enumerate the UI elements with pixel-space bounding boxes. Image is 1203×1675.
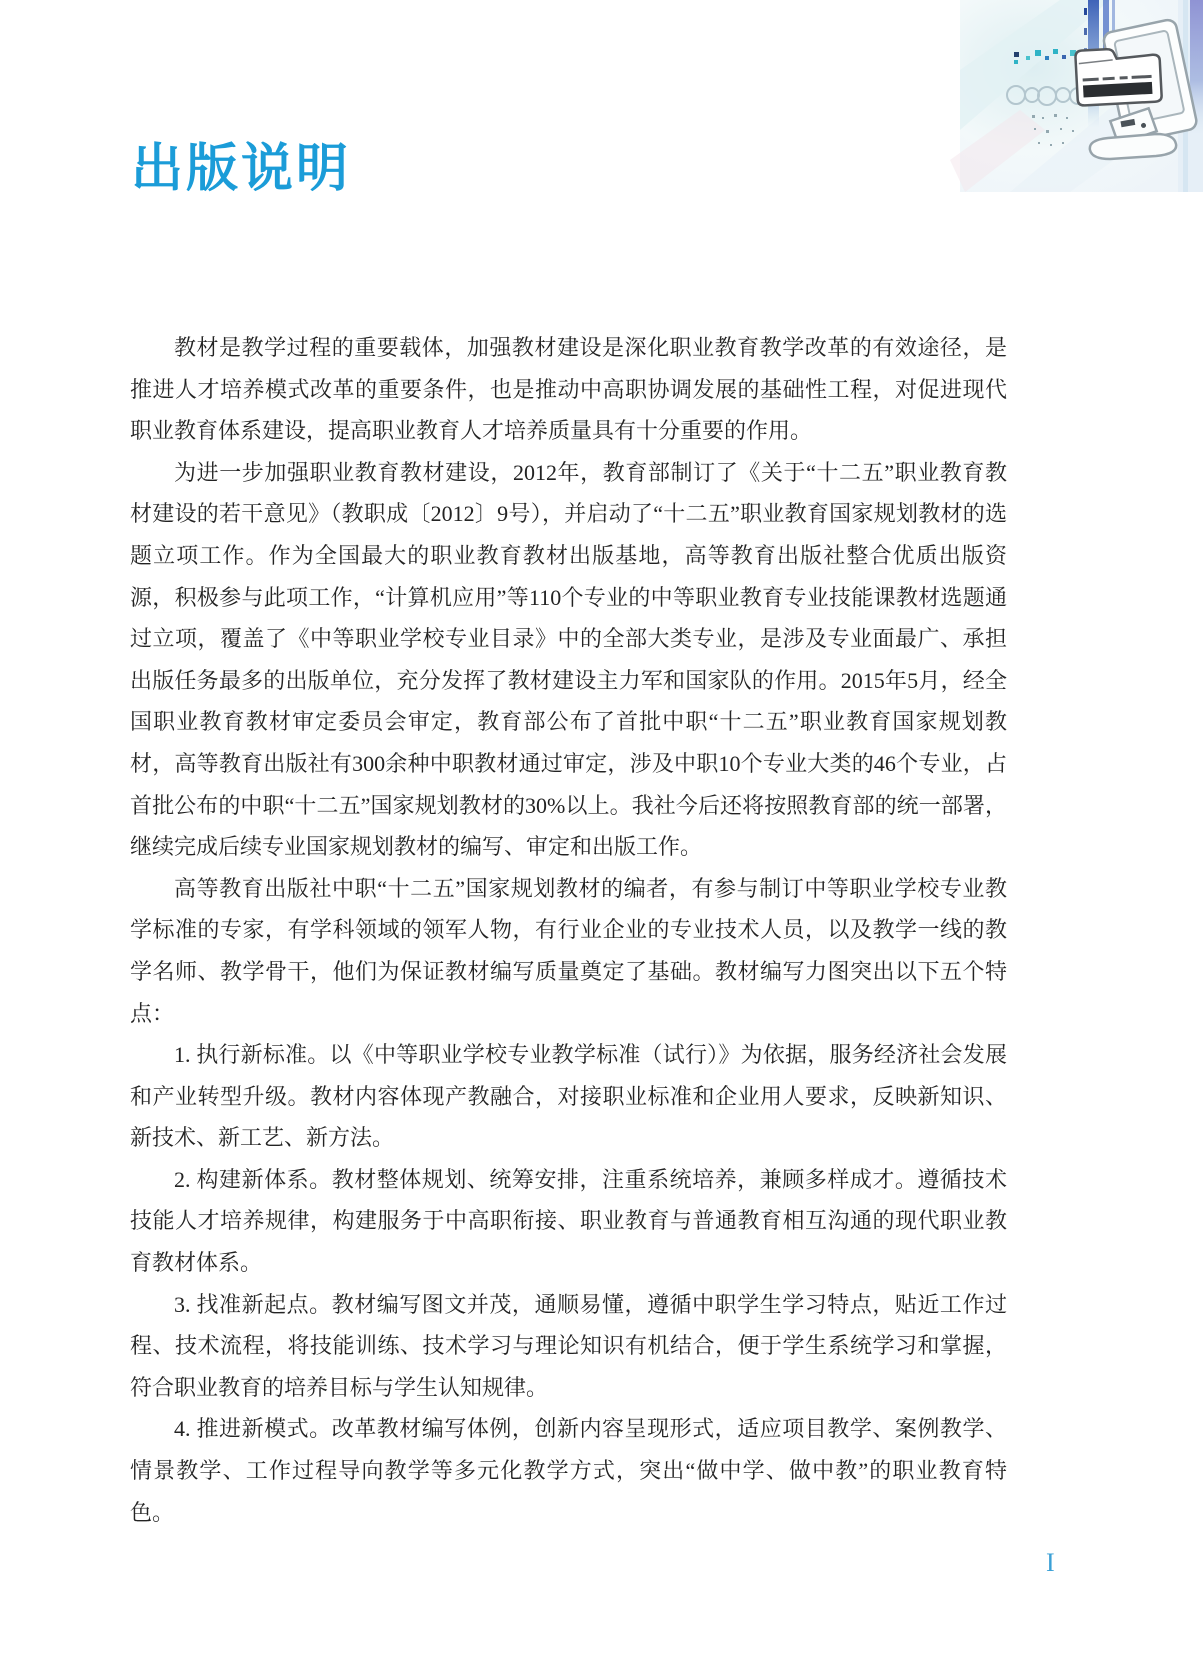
paragraph: 高等教育出版社中职“十二五”国家规划教材的编者，有参与制订中等职业学校专业教学标… <box>130 868 1007 1034</box>
paragraph: 为进一步加强职业教育教材建设，2012年，教育部制订了《关于“十二五”职业教育教… <box>130 452 1007 868</box>
body-text: 教材是教学过程的重要载体，加强教材建设是深化职业教育教学改革的有效途径，是推进人… <box>130 327 1007 1533</box>
header-art-canvas <box>950 0 1203 192</box>
page-number: I <box>1046 1548 1055 1578</box>
paragraph: 教材是教学过程的重要载体，加强教材建设是深化职业教育教学改革的有效途径，是推进人… <box>130 327 1007 452</box>
paragraph: 2. 构建新体系。教材整体规划、统筹安排，注重系统培养，兼顾多样成才。遵循技术技… <box>130 1159 1007 1284</box>
page-title: 出版说明 <box>131 126 351 201</box>
header-decoration <box>950 0 1203 192</box>
paragraph: 1. 执行新标准。以《中等职业学校专业教学标准（试行）》为依据，服务经济社会发展… <box>130 1034 1007 1159</box>
paragraph: 4. 推进新模式。改革教材编写体例，创新内容呈现形式，适应项目教学、案例教学、情… <box>130 1408 1007 1533</box>
document-page: 出版说明 <box>0 0 1203 1675</box>
paragraph: 3. 找准新起点。教材编写图文并茂，通顺易懂，遵循中职学生学习特点，贴近工作过程… <box>130 1284 1007 1409</box>
